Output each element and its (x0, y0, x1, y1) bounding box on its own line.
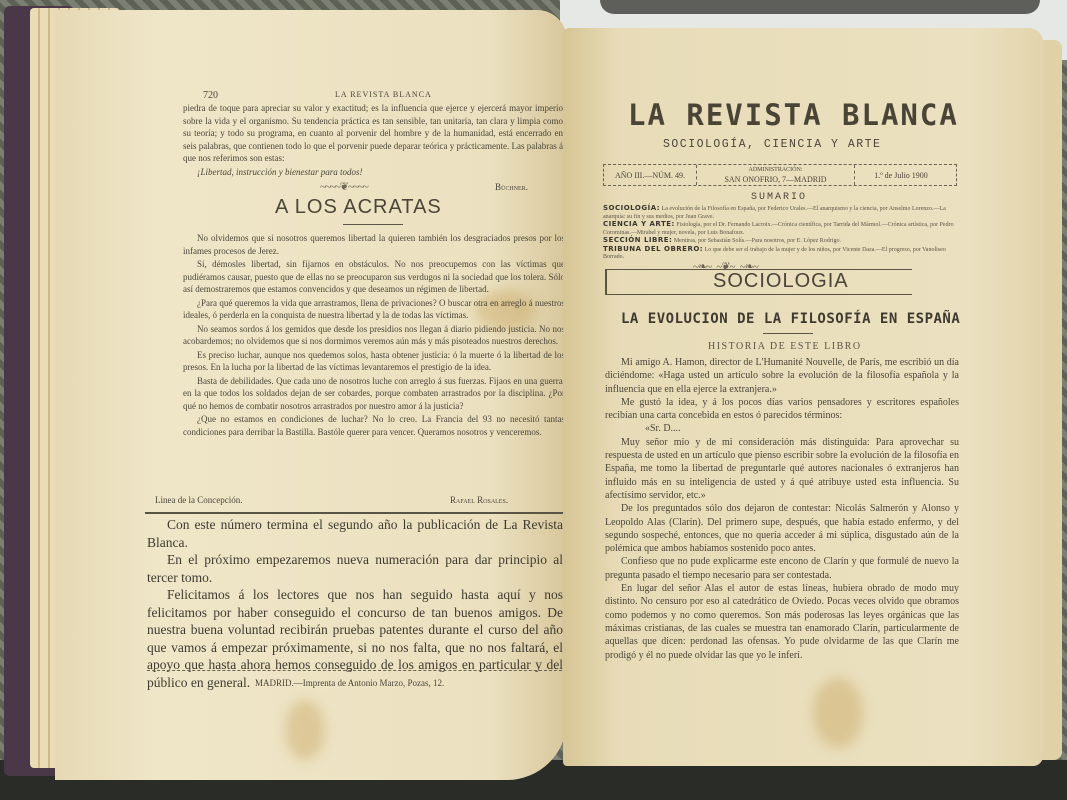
imprint: MADRID.—Imprenta de Antonio Marzo, Pozas… (255, 678, 444, 688)
toc-item: CIENCIA Y ARTE: Fisiología, por el Dr. F… (603, 221, 958, 237)
article-body: Mi amigo A. Hamon, director de L'Humanit… (605, 356, 959, 662)
article-place: Linea de la Concepción. (155, 495, 242, 505)
footer-rule (147, 670, 562, 672)
intro-paragraph: piedra de toque para apreciar su valor y… (183, 102, 563, 179)
table-of-contents: SOCIOLOGÍA: La evolución de la Filosofía… (603, 205, 958, 262)
closing-notice: Con este número termina el segundo año l… (147, 516, 563, 691)
toc-item: SOCIOLOGÍA: La evolución de la Filosofía… (603, 205, 958, 221)
running-head: LA REVISTA BLANCA (335, 90, 432, 99)
title-rule (343, 224, 403, 225)
section-rule (145, 512, 565, 514)
motto-author: Büchner. (495, 182, 528, 192)
section-banner: SOCIOLOGIA (713, 270, 849, 293)
motto: ¡Libertad, instrucción y bienestar para … (183, 166, 563, 179)
masthead: LA REVISTA BLANCA (628, 98, 959, 132)
paper-stain (813, 678, 863, 748)
issue-number: AÑO III.—NÚM. 49. (604, 165, 697, 185)
left-page: 720 LA REVISTA BLANCA piedra de toque pa… (55, 10, 567, 780)
right-page: LA REVISTA BLANCA SOCIOLOGÍA, CIENCIA Y … (563, 28, 1043, 766)
paper-stain (285, 700, 325, 760)
ornament-divider: ~~~~❦~~~~ (320, 180, 368, 193)
object-shadow (600, 0, 1040, 14)
article-body: No olvidemos que si nosotros queremos li… (183, 232, 565, 439)
title-rule (763, 333, 813, 334)
administration: ADMINISTRACIÓN: SAN ONOFRIO, 7—MADRID (697, 165, 855, 185)
issue-date: 1.º de Julio 1900 (855, 165, 947, 185)
masthead-subtitle: SOCIOLOGÍA, CIENCIA Y ARTE (663, 138, 881, 151)
article-subhead: HISTORIA DE ESTE LIBRO (708, 341, 862, 352)
sumario-title: SUMARIO (751, 192, 807, 203)
article-title: LA EVOLUCION DE LA FILOSOFÍA EN ESPAÑA (621, 311, 960, 327)
page-number: 720 (203, 90, 218, 101)
article-signature: Rafael Rosales. (450, 495, 508, 505)
article-title: A LOS ACRATAS (275, 196, 442, 219)
issue-info-box: AÑO III.—NÚM. 49. ADMINISTRACIÓN: SAN ON… (603, 164, 957, 186)
toc-item: TRIBUNA DEL OBRERO: Lo que debe ser el t… (603, 246, 958, 262)
